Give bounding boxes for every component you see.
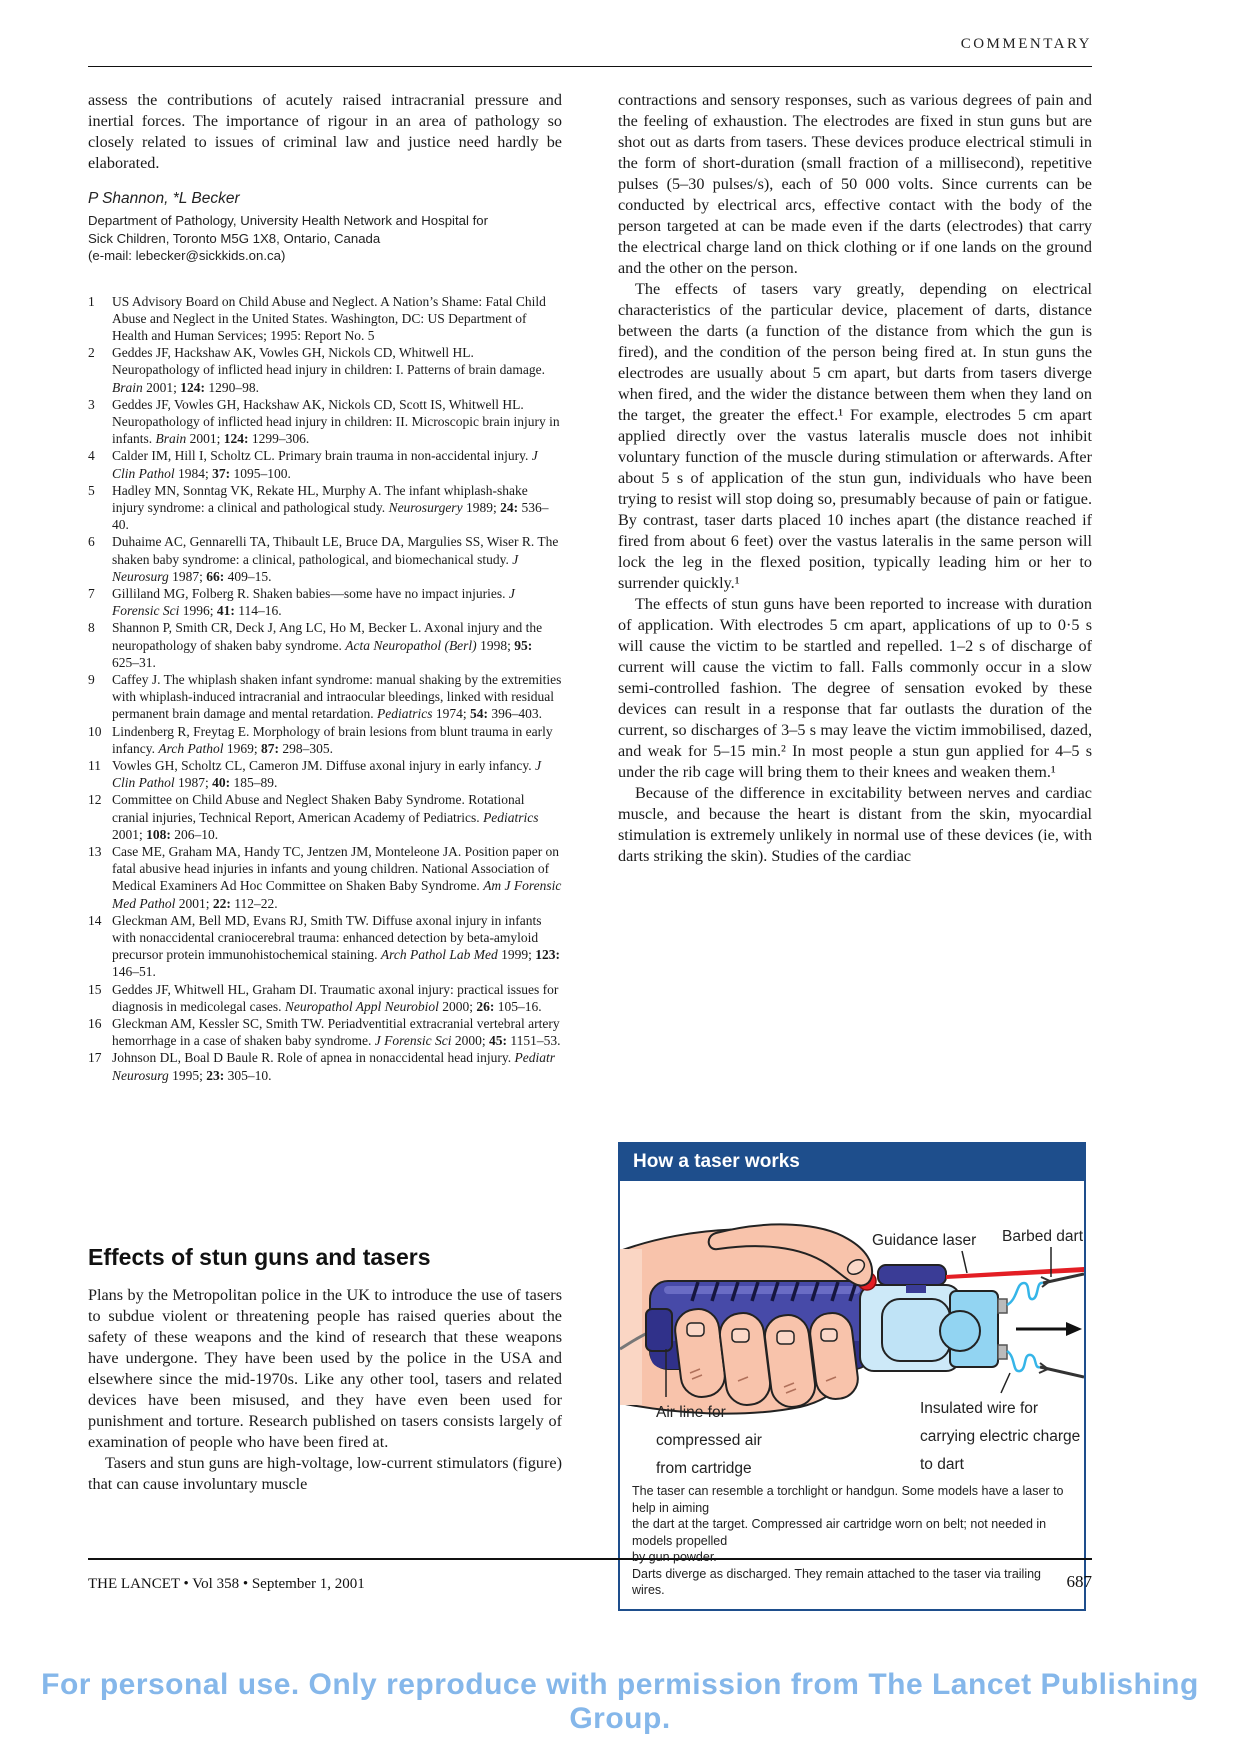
reference-number: 13 — [88, 843, 102, 860]
electrode-bottom — [998, 1345, 1007, 1359]
reference-number: 4 — [88, 447, 95, 464]
fingernail — [821, 1329, 837, 1341]
header-rule — [88, 66, 1092, 67]
text-line: (e-mail: lebecker@sickkids.on.ca) — [88, 247, 562, 265]
right-paragraphs: contractions and sensory responses, such… — [618, 90, 1092, 1136]
reference-number: 2 — [88, 344, 95, 361]
reference-item: 9Caffey J. The whiplash shaken infant sy… — [88, 671, 562, 723]
journal-page: COMMENTARY assess the contributions of a… — [0, 0, 1240, 1755]
svg-text:Air line for: Air line for — [656, 1404, 726, 1421]
figure-title: How a taser works — [620, 1144, 1084, 1181]
reference-item: 14Gleckman AM, Bell MD, Evans RJ, Smith … — [88, 912, 562, 981]
barrel-end-cap — [646, 1309, 672, 1351]
sight-notch — [906, 1285, 926, 1293]
reference-item: 10Lindenberg R, Freytag E. Morphology of… — [88, 723, 562, 757]
reference-item: 17Johnson DL, Boal D Baule R. Role of ap… — [88, 1049, 562, 1083]
reference-number: 5 — [88, 482, 95, 499]
taser-figure: How a taser works — [618, 1142, 1086, 1611]
svg-text:Insulated wire for: Insulated wire for — [920, 1400, 1038, 1417]
paragraph: The effects of tasers vary greatly, depe… — [618, 279, 1092, 594]
wire-top — [1007, 1283, 1043, 1305]
author-line: P Shannon, *L Becker — [88, 190, 562, 208]
running-head: COMMENTARY — [88, 36, 1092, 53]
paragraph: The effects of stun guns have been repor… — [618, 594, 1092, 783]
taser-illustration: Guidance laser Barbed dart Air line for … — [620, 1181, 1084, 1481]
reference-item: 11Vowles GH, Scholtz CL, Cameron JM. Dif… — [88, 757, 562, 791]
page-content: assess the contributions of acutely rais… — [88, 90, 1092, 1611]
reference-number: 3 — [88, 396, 95, 413]
svg-text:carrying electric charge: carrying electric charge — [920, 1428, 1080, 1445]
wire-bottom — [1007, 1351, 1040, 1371]
text-line: Sick Children, Toronto M5G 1X8, Ontario,… — [88, 230, 562, 248]
footer-rule — [88, 1558, 1092, 1560]
affiliation-block: Department of Pathology, University Heal… — [88, 212, 562, 265]
section-paragraphs: Plans by the Metropolitan police in the … — [88, 1285, 562, 1495]
section-heading: Effects of stun guns and tasers — [88, 1244, 562, 1271]
text-line: The taser can resemble a torchlight or h… — [632, 1483, 1072, 1516]
reference-item: 16Gleckman AM, Kessler SC, Smith TW. Per… — [88, 1015, 562, 1049]
svg-text:to dart: to dart — [920, 1456, 965, 1473]
paragraph: Tasers and stun guns are high-voltage, l… — [88, 1453, 562, 1495]
fingernail — [777, 1331, 794, 1344]
reference-item: 4Calder IM, Hill I, Scholtz CL. Primary … — [88, 447, 562, 481]
reference-number: 7 — [88, 585, 95, 602]
laser-sight — [878, 1265, 946, 1285]
reference-number: 9 — [88, 671, 95, 688]
fingernail — [732, 1329, 749, 1342]
left-column: assess the contributions of acutely rais… — [88, 90, 562, 1611]
reference-number: 1 — [88, 293, 95, 310]
paragraph: contractions and sensory responses, such… — [618, 90, 1092, 279]
intro-paragraph: assess the contributions of acutely rais… — [88, 90, 562, 174]
reference-number: 15 — [88, 981, 102, 998]
reference-item: 1US Advisory Board on Child Abuse and Ne… — [88, 293, 562, 345]
reference-number: 6 — [88, 533, 95, 550]
svg-text:compressed air: compressed air — [656, 1432, 762, 1449]
reference-item: 12Committee on Child Abuse and Neglect S… — [88, 791, 562, 843]
reference-number: 11 — [88, 757, 101, 774]
reference-item: 7Gilliland MG, Folberg R. Shaken babies—… — [88, 585, 562, 619]
label-air-line: Air line for compressed air from cartrid… — [656, 1404, 762, 1477]
reference-item: 3Geddes JF, Vowles GH, Hackshaw AK, Nick… — [88, 396, 562, 448]
label-insulated-wire: Insulated wire for carrying electric cha… — [920, 1400, 1080, 1473]
wrist-band — [620, 1249, 642, 1405]
text-line: Department of Pathology, University Heal… — [88, 212, 562, 230]
reference-number: 12 — [88, 791, 102, 808]
fingernail — [687, 1323, 704, 1336]
reference-item: 2Geddes JF, Hackshaw AK, Vowles GH, Nick… — [88, 344, 562, 396]
right-column: contractions and sensory responses, such… — [618, 90, 1092, 1611]
reference-number: 8 — [88, 619, 95, 636]
label-barbed-dart: Barbed dart — [1002, 1228, 1084, 1245]
reference-item: 6Duhaime AC, Gennarelli TA, Thibault LE,… — [88, 533, 562, 585]
label-guidance-laser: Guidance laser — [872, 1232, 976, 1249]
reference-list: 1US Advisory Board on Child Abuse and Ne… — [88, 293, 562, 1210]
svg-text:from cartridge: from cartridge — [656, 1460, 752, 1477]
paragraph: Plans by the Metropolitan police in the … — [88, 1285, 562, 1453]
text-line: the dart at the target. Compressed air c… — [632, 1516, 1072, 1549]
paragraph: Because of the difference in excitabilit… — [618, 783, 1092, 867]
reference-item: 5Hadley MN, Sonntag VK, Rekate HL, Murph… — [88, 482, 562, 534]
reference-item: 8Shannon P, Smith CR, Deck J, Ang LC, Ho… — [88, 619, 562, 671]
permission-watermark: For personal use. Only reproduce with pe… — [0, 1668, 1240, 1736]
reference-number: 17 — [88, 1049, 102, 1066]
reference-number: 14 — [88, 912, 102, 929]
front-circle — [940, 1311, 980, 1351]
reference-number: 16 — [88, 1015, 102, 1032]
direction-arrow — [1016, 1322, 1082, 1336]
electrode-top — [998, 1299, 1007, 1313]
reference-item: 13Case ME, Graham MA, Handy TC, Jentzen … — [88, 843, 562, 912]
reference-number: 10 — [88, 723, 102, 740]
page-number: 687 — [88, 1572, 1092, 1592]
reference-item: 15Geddes JF, Whitwell HL, Graham DI. Tra… — [88, 981, 562, 1015]
